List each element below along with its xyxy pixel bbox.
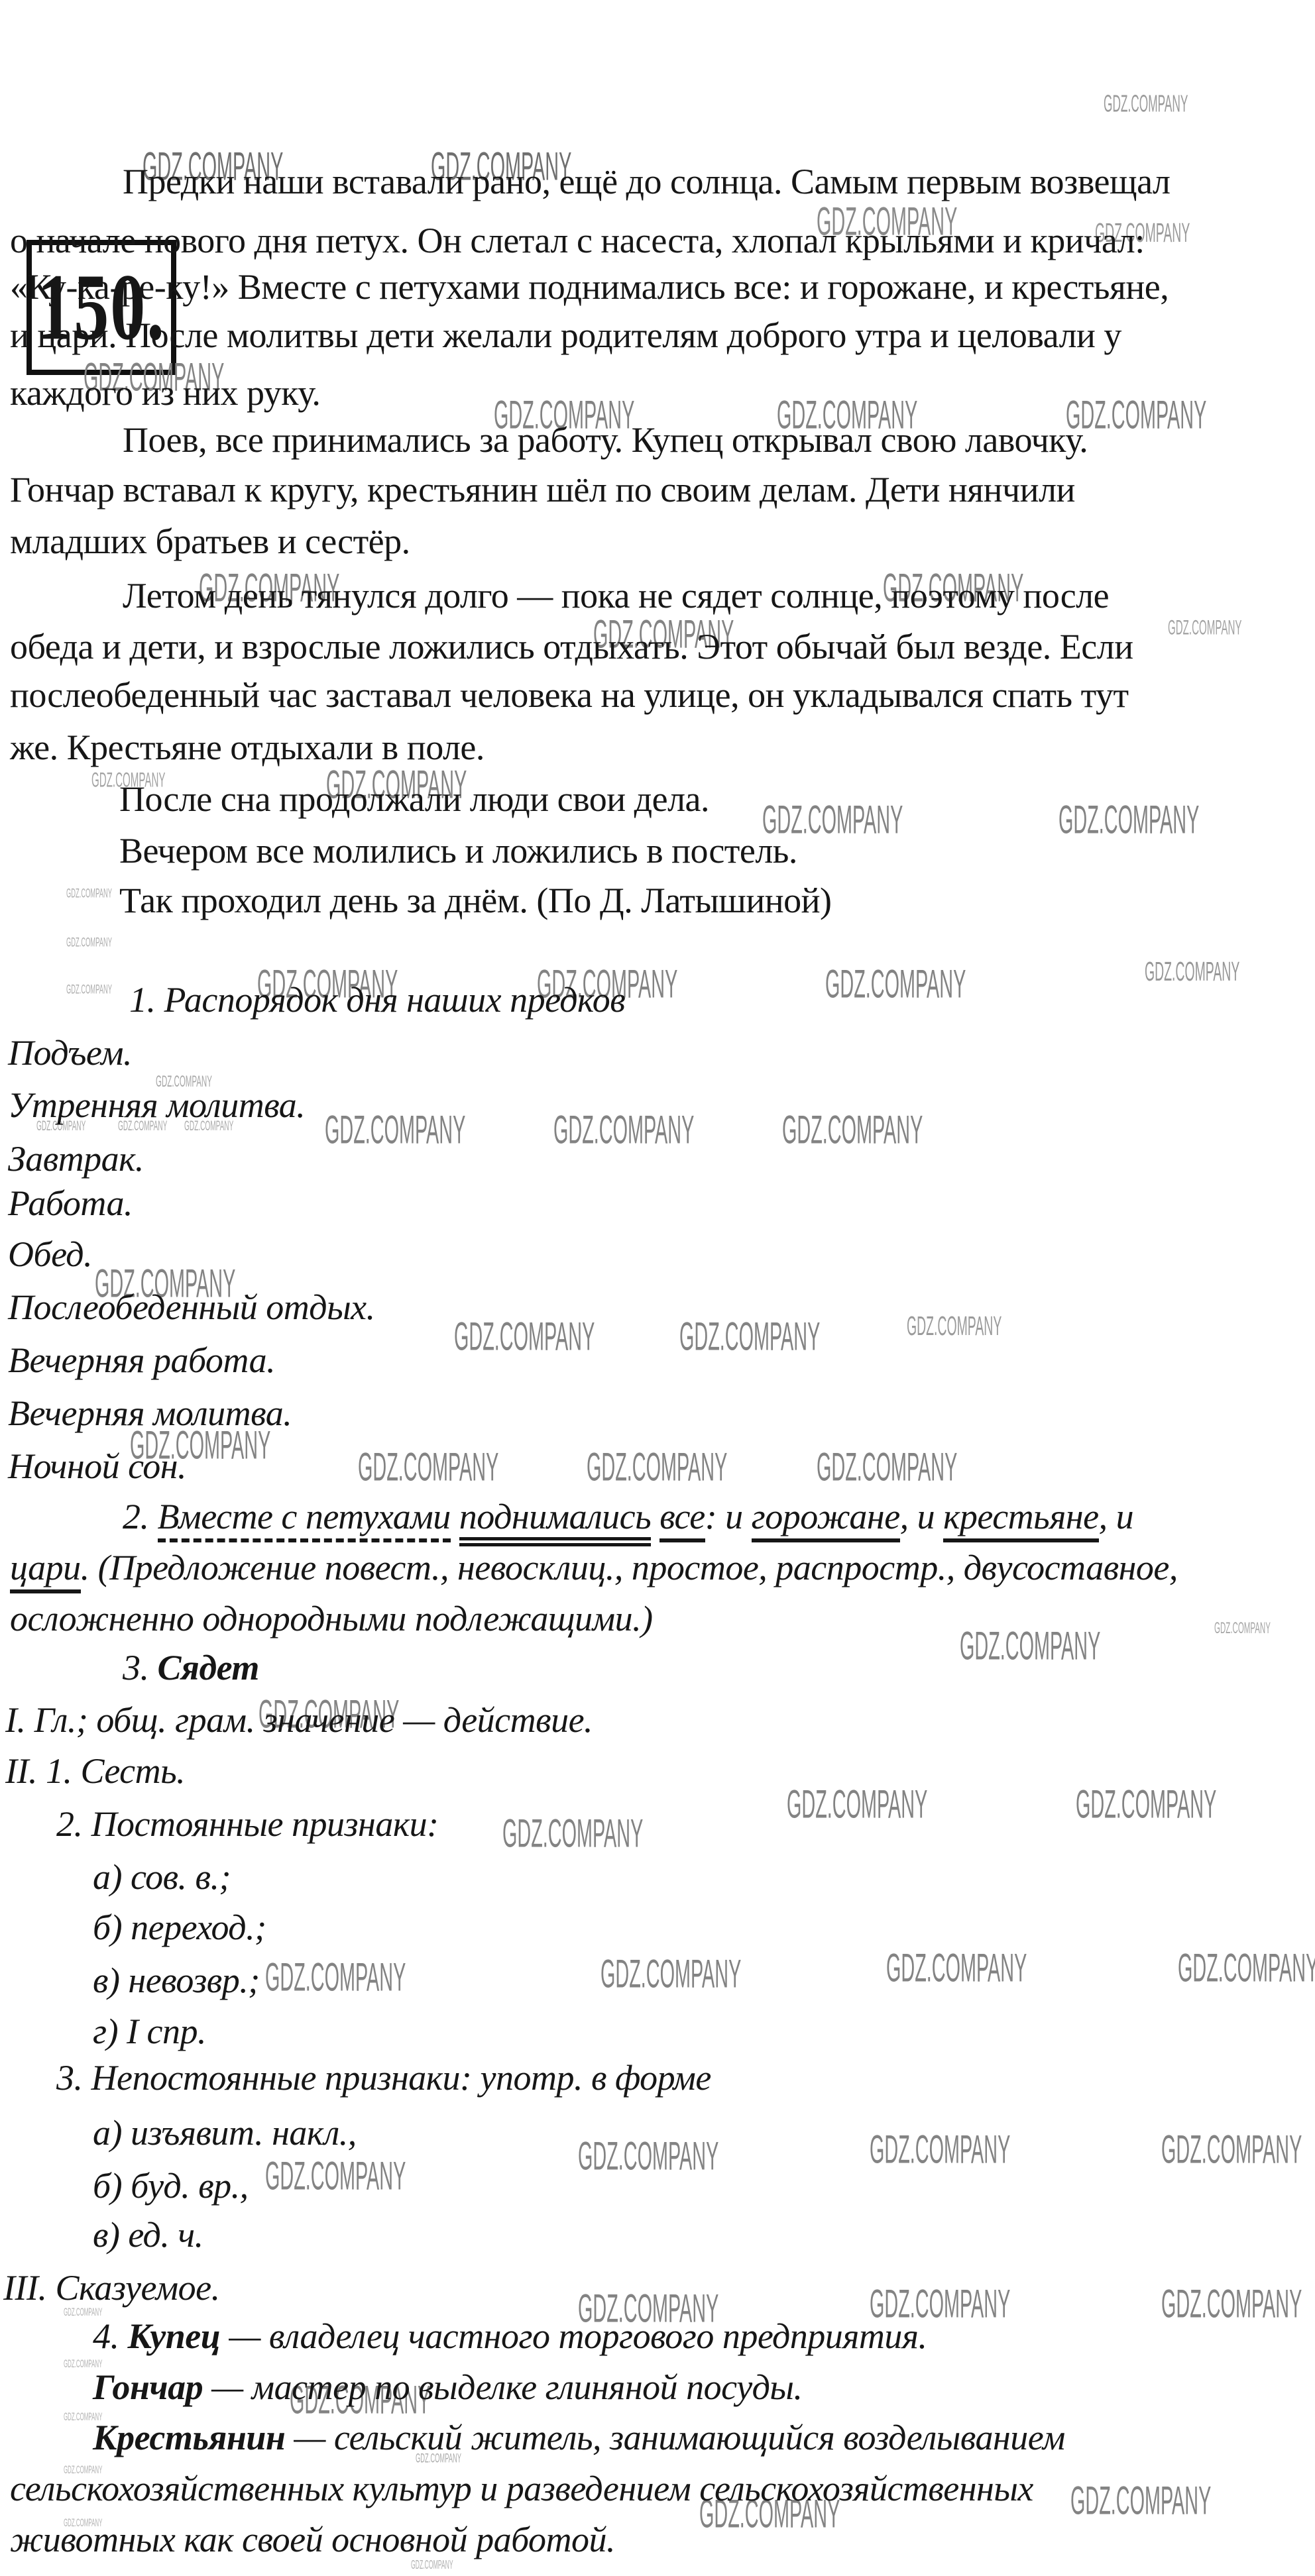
text-part: Вместе с петухами <box>158 1497 451 1542</box>
text-part: 3. Непостоянные признаки: употр. в форме <box>56 2058 711 2098</box>
text-line: Послеобеденный отдых. <box>8 1289 375 1326</box>
text-part: а) изъявит. накл., <box>93 2113 357 2153</box>
text-part: I. Гл.; общ. грам. значение — действие. <box>5 1700 593 1740</box>
text-part: послеобеденный час заставал человека на … <box>10 675 1129 715</box>
watermark: GDZ.COMPANY <box>886 1949 1027 1988</box>
text-part: : и <box>705 1497 752 1536</box>
text-part: обеда и дети, и взрослые ложились отдыха… <box>10 627 1133 667</box>
text-line: б) буд. вр., <box>93 2167 249 2205</box>
text-part: о начале нового дня петух. Он слетал с н… <box>10 221 1145 260</box>
text-part: Вечером все молились и ложились в постел… <box>119 831 797 871</box>
text-part: поднимались <box>459 1497 651 1546</box>
watermark: GDZ.COMPANY <box>66 886 112 900</box>
text-line: Вечером все молились и ложились в постел… <box>119 832 797 870</box>
text-part: Крестьянин <box>93 2418 285 2457</box>
text-line: Предки наши вставали рано, ещё до солнца… <box>123 163 1170 201</box>
text-part: горожане <box>752 1497 900 1542</box>
watermark: GDZ.COMPANY <box>600 1955 741 1994</box>
text-part: III. Сказуемое. <box>3 2268 220 2308</box>
watermark: GDZ.COMPANY <box>265 1958 406 1998</box>
watermark: GDZ.COMPANY <box>1168 617 1241 639</box>
watermark: GDZ.COMPANY <box>1070 2481 1211 2521</box>
text-part: 1. Распорядок дня наших предков <box>129 980 625 1020</box>
text-part: младших братьев и сестёр. <box>10 521 410 561</box>
watermark: GDZ.COMPANY <box>960 1627 1100 1666</box>
text-line: Завтрак. <box>8 1140 144 1178</box>
watermark: GDZ.COMPANY <box>825 965 966 1004</box>
watermark: GDZ.COMPANY <box>325 1110 465 1150</box>
text-part: Гончар вставал к кругу, крестьянин шёл п… <box>10 470 1075 510</box>
scanned-answer-page: 150. GDZ.COMPANYGDZ.COMPANYGDZ.COMPANYGD… <box>0 0 1315 2576</box>
text-part: же. Крестьяне отдыхали в поле. <box>10 727 485 767</box>
text-part: г) I спр. <box>93 2012 206 2051</box>
text-line: 2. Постоянные признаки: <box>56 1805 439 1843</box>
text-part: Гончар <box>93 2367 203 2407</box>
text-part: сельскохозяйственных культур и разведени… <box>10 2469 1033 2508</box>
text-line: о начале нового дня петух. Он слетал с н… <box>10 222 1145 260</box>
watermark: GDZ.COMPANY <box>1214 1621 1271 1637</box>
text-line: Вечерняя работа. <box>8 1342 275 1379</box>
text-line: Гончар вставал к кругу, крестьянин шёл п… <box>10 471 1075 509</box>
text-part: . (Предложение повест., невосклиц., прос… <box>81 1548 1178 1587</box>
text-line: Летом день тянулся долго — пока не сядет… <box>123 577 1109 615</box>
text-part: Так проходил день за днём. (По Д. Латыши… <box>119 881 832 920</box>
text-part: животных как своей основной работой. <box>10 2520 615 2559</box>
text-line: г) I спр. <box>93 2013 206 2051</box>
text-line: в) невозвр.; <box>93 1962 260 2000</box>
text-part: Завтрак. <box>8 1139 144 1179</box>
watermark: GDZ.COMPANY <box>817 1448 957 1487</box>
text-line: Гончар — мастер по выделке глиняной посу… <box>93 2369 802 2406</box>
text-line: б) переход.; <box>93 1909 266 1947</box>
text-part: 2. <box>123 1497 158 1536</box>
text-part: , и <box>1099 1497 1134 1536</box>
text-part: 2. Постоянные признаки: <box>56 1804 439 1844</box>
text-part: Предки наши вставали рано, ещё до солнца… <box>123 162 1170 201</box>
text-line: Крестьянин — сельский житель, занимающий… <box>93 2419 1065 2457</box>
watermark: GDZ.COMPANY <box>553 1110 694 1150</box>
watermark: GDZ.COMPANY <box>787 1785 927 1825</box>
watermark: GDZ.COMPANY <box>1178 1949 1315 1988</box>
watermark: GDZ.COMPANY <box>870 2130 1010 2170</box>
watermark: GDZ.COMPANY <box>502 1814 643 1854</box>
text-line: 1. Распорядок дня наших предков <box>129 981 625 1019</box>
watermark: GDZ.COMPANY <box>1161 2130 1302 2170</box>
text-line: Обед. <box>8 1236 92 1273</box>
text-part: Обед. <box>8 1234 92 1274</box>
watermark: GDZ.COMPANY <box>907 1313 1001 1340</box>
text-line: III. Сказуемое. <box>3 2269 220 2307</box>
text-part: — владелец частного торгового предприяти… <box>220 2316 927 2356</box>
text-part: б) буд. вр., <box>93 2166 249 2206</box>
text-line: 4. Купец — владелец частного торгового п… <box>93 2318 927 2355</box>
text-part: — сельский житель, занимающийся возделыв… <box>285 2418 1064 2457</box>
text-part: в) невозвр.; <box>93 1960 260 2000</box>
text-line: и цари. После молитвы дети желали родите… <box>10 317 1121 354</box>
text-part: Вечерняя молитва. <box>8 1393 292 1433</box>
text-part: Сядет <box>158 1648 259 1688</box>
text-part: «Ку-ка-ре-ку!» Вместе с петухами поднима… <box>10 267 1169 307</box>
watermark: GDZ.COMPANY <box>411 2559 453 2571</box>
text-line: а) изъявит. накл., <box>93 2114 357 2152</box>
watermark: GDZ.COMPANY <box>454 1317 595 1357</box>
text-line: Ночной сон. <box>8 1448 186 1485</box>
text-part: Утренняя молитва. <box>8 1085 305 1125</box>
text-part: Летом день тянулся долго — пока не сядет… <box>123 576 1109 616</box>
text-part: в) ед. ч. <box>93 2215 203 2255</box>
text-part: , и <box>900 1497 944 1536</box>
text-part: и цари. После молитвы дети желали родите… <box>10 315 1121 355</box>
text-part: II. 1. Сесть. <box>5 1751 185 1791</box>
text-part: Ночной сон. <box>8 1446 186 1486</box>
watermark: GDZ.COMPANY <box>66 983 112 996</box>
watermark: GDZ.COMPANY <box>358 1448 498 1487</box>
text-line: же. Крестьяне отдыхали в поле. <box>10 729 485 767</box>
watermark: GDZ.COMPANY <box>1145 959 1239 986</box>
text-part: каждого из них руку. <box>10 373 320 413</box>
text-line: I. Гл.; общ. грам. значение — действие. <box>5 1701 593 1739</box>
watermark: GDZ.COMPANY <box>265 2157 406 2196</box>
text-line: младших братьев и сестёр. <box>10 523 410 561</box>
text-line: II. 1. Сесть. <box>5 1752 185 1790</box>
text-part: Послеобеденный отдых. <box>8 1287 375 1327</box>
text-part <box>651 1497 659 1536</box>
text-line: а) сов. в.; <box>93 1858 231 1896</box>
watermark: GDZ.COMPANY <box>1161 2284 1302 2324</box>
text-line: 3. Непостоянные признаки: употр. в форме <box>56 2059 711 2097</box>
text-part: Подъем. <box>8 1033 132 1073</box>
watermark: GDZ.COMPANY <box>587 1448 727 1487</box>
text-line: животных как своей основной работой. <box>10 2521 615 2559</box>
text-line: После сна продолжали люди свои дела. <box>119 780 709 818</box>
text-part: цари <box>10 1548 81 1593</box>
text-part: 3. <box>123 1648 158 1688</box>
watermark: GDZ.COMPANY <box>1076 1785 1216 1825</box>
watermark: GDZ.COMPANY <box>578 2137 718 2176</box>
watermark: GDZ.COMPANY <box>1058 800 1199 840</box>
text-line: Работа. <box>8 1185 133 1222</box>
text-part: Поев, все принимались за работу. Купец о… <box>123 420 1088 460</box>
text-part: осложненно однородными подлежащими.) <box>10 1599 653 1638</box>
text-line: послеобеденный час заставал человека на … <box>10 676 1129 714</box>
text-line: Поев, все принимались за работу. Купец о… <box>123 421 1088 459</box>
text-line: Вечерняя молитва. <box>8 1395 292 1432</box>
text-part: б) переход.; <box>93 1907 266 1947</box>
watermark: GDZ.COMPANY <box>679 1317 820 1357</box>
text-line: цари. (Предложение повест., невосклиц., … <box>10 1549 1178 1587</box>
text-line: 2. Вместе с петухами поднимались все: и … <box>123 1498 1133 1536</box>
text-part: Вечерняя работа. <box>8 1340 275 1380</box>
text-line: осложненно однородными подлежащими.) <box>10 1600 653 1638</box>
text-part: 4. <box>93 2316 128 2356</box>
text-part <box>451 1497 459 1536</box>
text-line: «Ку-ка-ре-ку!» Вместе с петухами поднима… <box>10 268 1169 306</box>
text-part: Купец <box>128 2316 221 2356</box>
watermark: GDZ.COMPANY <box>66 936 112 949</box>
text-part: крестьяне <box>943 1497 1098 1542</box>
watermark: GDZ.COMPANY <box>1104 93 1188 117</box>
text-line: Так проходил день за днём. (По Д. Латыши… <box>119 882 832 920</box>
text-line: каждого из них руку. <box>10 374 320 412</box>
text-line: обеда и дети, и взрослые ложились отдыха… <box>10 628 1133 666</box>
text-part: а) сов. в.; <box>93 1857 231 1897</box>
watermark: GDZ.COMPANY <box>782 1110 923 1150</box>
text-line: Подъем. <box>8 1034 132 1072</box>
text-line: Утренняя молитва. <box>8 1087 305 1124</box>
text-part: — мастер по выделке глиняной посуды. <box>203 2367 802 2407</box>
text-line: в) ед. ч. <box>93 2216 203 2254</box>
text-line: сельскохозяйственных культур и разведени… <box>10 2470 1033 2508</box>
text-part: Работа. <box>8 1183 133 1223</box>
text-part: После сна продолжали люди свои дела. <box>119 779 709 819</box>
text-line: 3. Сядет <box>123 1649 259 1687</box>
text-part: все <box>659 1497 705 1542</box>
